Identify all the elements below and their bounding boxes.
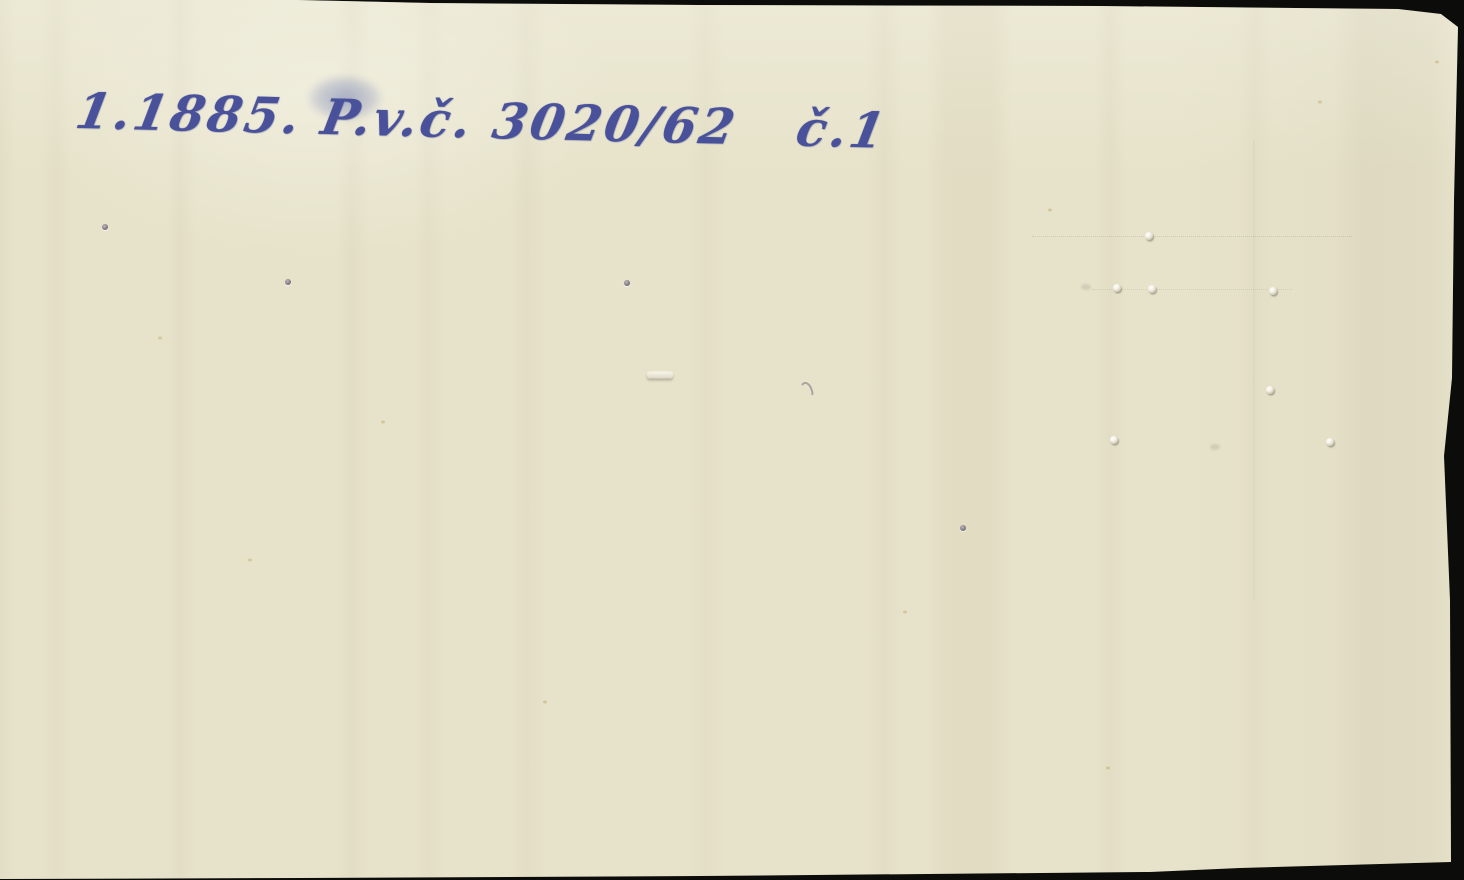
dot-speck [285,279,291,285]
dot-speck [960,525,966,531]
aging-speck [678,119,682,122]
bump-speck [1148,285,1156,293]
scanned-card: 1.1885. P.v.č. 3020/62 č.1 [0,0,1464,880]
card-paper: 1.1885. P.v.č. 3020/62 č.1 [0,0,1464,880]
aging-speck [1048,209,1052,212]
bump-speck [1145,232,1153,240]
bump-speck [1110,436,1118,444]
aging-speck [1435,61,1439,64]
dotted-guide-line [1032,236,1352,237]
bump-speck [1326,438,1334,446]
faint-speck [1081,284,1091,290]
bump-speck [1266,386,1274,394]
aging-speck [248,559,252,562]
aging-speck [1318,101,1322,104]
aging-speck [158,337,162,340]
aging-speck [381,421,385,424]
dot-speck [102,224,108,230]
scanner-line [1253,140,1255,600]
aging-speck [1106,767,1110,770]
aging-speck [903,611,907,614]
dot-speck [624,280,630,286]
bump-speck [1269,287,1277,295]
faint-speck [1210,444,1220,450]
dotted-guide-line [1092,289,1292,290]
aging-speck [543,701,547,704]
dash-speck [647,372,673,379]
bump-speck [1113,284,1121,292]
